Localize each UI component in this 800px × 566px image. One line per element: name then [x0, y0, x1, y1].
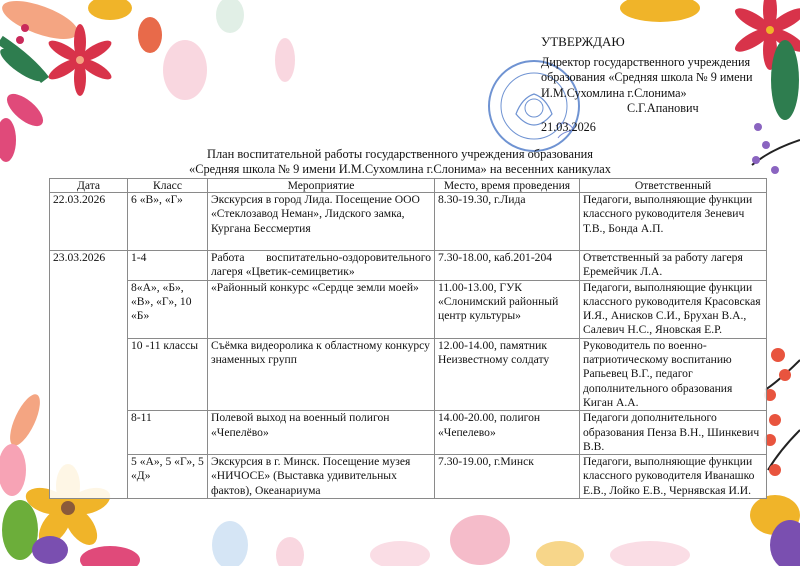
approval-date: 21.03.2026	[541, 120, 800, 135]
cell-responsible: Педагоги, выполняющие функции классного …	[580, 193, 767, 251]
cell-class: 1-4	[128, 251, 208, 281]
table-header-row: Дата Класс Мероприятие Место, время пров…	[50, 179, 767, 193]
document-title: План воспитательной работы государственн…	[0, 147, 800, 176]
cell-responsible: Педагоги, выполняющие функции классного …	[580, 280, 767, 338]
column-header-responsible: Ответственный	[580, 179, 767, 193]
approval-line: Директор государственного учреждения	[541, 55, 800, 70]
approval-signatory: С.Г.Апанович	[541, 101, 800, 116]
flower-decoration-top-left	[0, 0, 295, 162]
column-header-date: Дата	[50, 179, 128, 193]
cell-date: 22.03.2026	[50, 193, 128, 251]
cell-place-time: 7.30-19.00, г.Минск	[435, 455, 580, 499]
table-row: 8«А», «Б», «В», «Г», 10 «Б» «Районный ко…	[50, 280, 767, 338]
approval-block: УТВЕРЖДАЮ Директор государственного учре…	[541, 34, 800, 135]
cell-date: 23.03.2026	[50, 251, 128, 499]
cell-event: Съёмка видеоролика к областному конкурсу…	[208, 338, 435, 410]
approval-heading: УТВЕРЖДАЮ	[541, 34, 800, 49]
column-header-place-time: Место, время проведения	[435, 179, 580, 193]
cell-event: Экскурсия в город Лида. Посещение ООО «С…	[208, 193, 435, 251]
table-row: 10 -11 классы Съёмка видеоролика к облас…	[50, 338, 767, 410]
table-row: 23.03.2026 1-4 Работа воспитательно-оздо…	[50, 251, 767, 281]
cell-class: 6 «В», «Г»	[128, 193, 208, 251]
cell-responsible: Педагоги дополнительного образования Пен…	[580, 411, 767, 455]
table-row: 22.03.2026 6 «В», «Г» Экскурсия в город …	[50, 193, 767, 251]
approval-line: образования «Средняя школа № 9 имени	[541, 70, 800, 85]
cell-class: 10 -11 классы	[128, 338, 208, 410]
column-header-class: Класс	[128, 179, 208, 193]
table-row: 8-11 Полевой выход на военный полигон «Ч…	[50, 411, 767, 455]
approval-line: И.М.Сухомлина г.Слонима»	[541, 86, 800, 101]
plan-table: Дата Класс Мероприятие Место, время пров…	[49, 178, 767, 499]
cell-place-time: 12.00-14.00, памятник Неизвестному солда…	[435, 338, 580, 410]
cell-class: 8-11	[128, 411, 208, 455]
cell-event: «Районный конкурс «Сердце земли моей»	[208, 280, 435, 338]
cell-event: Экскурсия в г. Минск. Посещение музея «Н…	[208, 455, 435, 499]
cell-class: 5 «А», 5 «Г», 5 «Д»	[128, 455, 208, 499]
title-line-2: «Средняя школа № 9 имени И.М.Сухомлина г…	[0, 162, 800, 177]
cell-place-time: 14.00-20.00, полигон «Чепелево»	[435, 411, 580, 455]
cell-place-time: 11.00-13.00, ГУК «Слонимский районный це…	[435, 280, 580, 338]
cell-event: Полевой выход на военный полигон «Чепелё…	[208, 411, 435, 455]
column-header-event: Мероприятие	[208, 179, 435, 193]
cell-responsible: Ответственный за работу лагеря Еремейчик…	[580, 251, 767, 281]
cell-event: Работа воспитательно-оздоровительного ла…	[208, 251, 435, 281]
table-row: 5 «А», 5 «Г», 5 «Д» Экскурсия в г. Минск…	[50, 455, 767, 499]
cell-place-time: 7.30-18.00, каб.201-204	[435, 251, 580, 281]
title-line-1: План воспитательной работы государственн…	[0, 147, 800, 162]
cell-responsible: Руководитель по военно-патриотическому в…	[580, 338, 767, 410]
cell-class: 8«А», «Б», «В», «Г», 10 «Б»	[128, 280, 208, 338]
cell-responsible: Педагоги, выполняющие функции классного …	[580, 455, 767, 499]
cell-place-time: 8.30-19.30, г.Лида	[435, 193, 580, 251]
